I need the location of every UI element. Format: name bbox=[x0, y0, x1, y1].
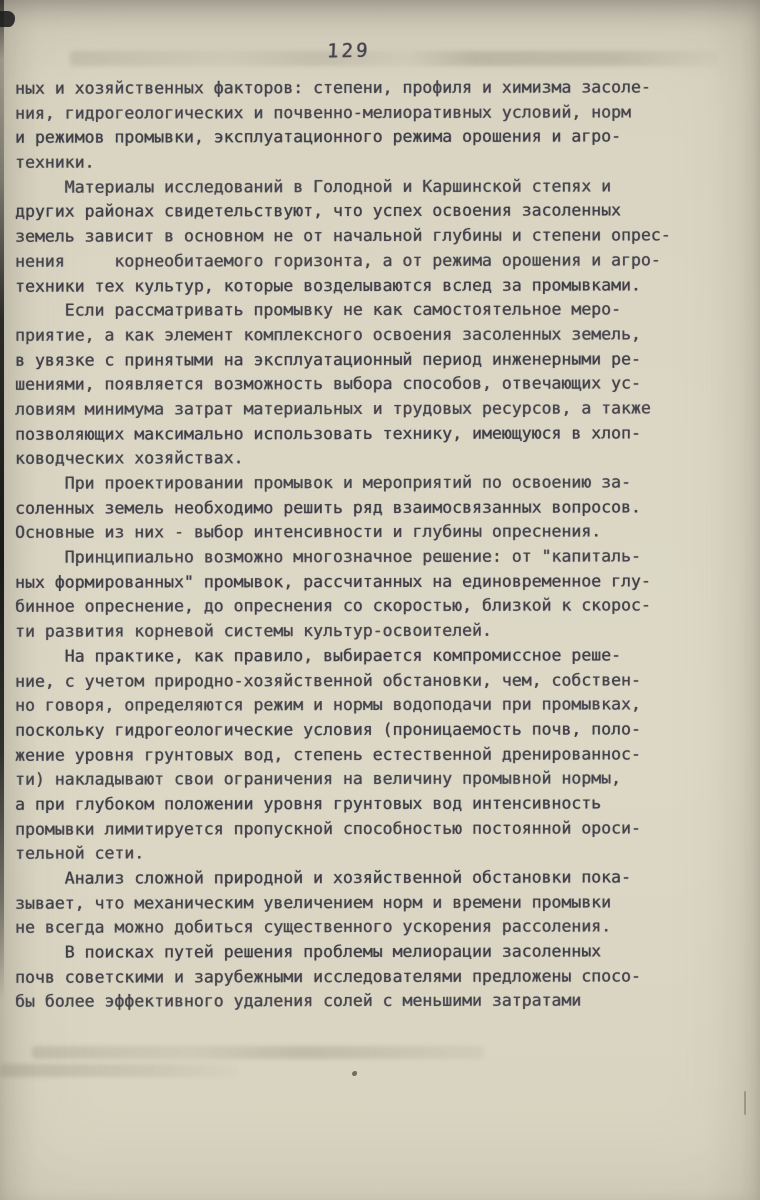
text-line: земель зависит в основном не от начально… bbox=[15, 223, 715, 249]
text-line: ния, гидрогеологических и почвенно-мелио… bbox=[15, 100, 715, 126]
text-line: зывает, что механическим увеличением нор… bbox=[15, 890, 715, 916]
text-line: При проектировании промывок и мероприяти… bbox=[15, 470, 715, 496]
text-line: Если рассматривать промывку не как самос… bbox=[15, 297, 715, 323]
text-line: бинное опреснение, до опреснения со скор… bbox=[15, 594, 715, 620]
text-line: бы более эффективного удаления солей с м… bbox=[15, 989, 715, 1015]
text-line: ководческих хозяйствах. bbox=[15, 446, 715, 472]
text-line: нения корнеобитаемого горизонта, а от ре… bbox=[15, 248, 715, 274]
text-line: шениями, появляется возможность выбора с… bbox=[15, 372, 715, 398]
text-line: техники. bbox=[15, 149, 715, 175]
text-line: позволяющих максимально использовать тех… bbox=[15, 421, 715, 447]
text-line: приятие, а как элемент комплексного осво… bbox=[15, 322, 715, 348]
scanned-document-page: 129 ных и хозяйственных факторов: степен… bbox=[0, 0, 760, 1200]
text-line: поскольку гидрогеологические условия (пр… bbox=[15, 717, 715, 743]
text-line: ние, с учетом природно-хозяйственной обс… bbox=[15, 668, 715, 694]
text-line: почв советскими и зарубежными исследоват… bbox=[15, 964, 715, 990]
text-line: Материалы исследований в Голодной и Карш… bbox=[15, 174, 715, 200]
text-line: Основные из них - выбор интенсивности и … bbox=[15, 520, 715, 546]
text-line: На практике, как правило, выбирается ком… bbox=[15, 643, 715, 669]
text-line: других районах свидетельствуют, что успе… bbox=[15, 199, 715, 225]
text-line: и режимов промывки, эксплуатационного ре… bbox=[15, 125, 715, 151]
text-line: ловиям минимума затрат материальных и тр… bbox=[15, 396, 715, 422]
scan-corner-mark bbox=[0, 11, 15, 27]
text-line: тельной сети. bbox=[15, 841, 715, 867]
text-line: ти развития корневой системы культур-осв… bbox=[15, 618, 715, 644]
text-line: промывки лимитируется пропускной способн… bbox=[15, 816, 715, 842]
text-line: Принципиально возможно многозначное реше… bbox=[15, 544, 715, 570]
text-line: жение уровня грунтовых вод, степень есте… bbox=[15, 742, 715, 768]
ink-speck bbox=[352, 1071, 357, 1076]
text-line: не всегда можно добиться существенного у… bbox=[15, 915, 715, 941]
text-line: в увязке с принятыми на эксплуатационный… bbox=[15, 347, 715, 373]
page-body-text: ных и хозяйственных факторов: степени, п… bbox=[15, 76, 715, 1014]
text-line: Анализ сложной природной и хозяйственной… bbox=[15, 865, 715, 891]
text-line: ных формированных" промывок, рассчитанны… bbox=[15, 569, 715, 595]
text-line: ных и хозяйственных факторов: степени, п… bbox=[15, 75, 715, 101]
ink-bleedthrough-bottom-line2 bbox=[0, 1064, 238, 1077]
scan-edge-shadow-left bbox=[0, 0, 4, 1000]
scan-scratch-mark bbox=[744, 1091, 746, 1115]
page-number: 129 bbox=[326, 40, 371, 63]
text-line: а при глубоком положении уровня грунтовы… bbox=[15, 791, 715, 817]
text-line: соленных земель необходимо решить ряд вз… bbox=[15, 495, 715, 521]
text-line: ти) накладывают свои ограничения на вели… bbox=[15, 767, 715, 793]
text-line: но говоря, определяются режим и нормы во… bbox=[15, 692, 715, 718]
text-line: В поисках путей решения проблемы мелиора… bbox=[15, 939, 715, 965]
text-line: техники тех культур, которые возделывают… bbox=[15, 273, 715, 299]
ink-bleedthrough-bottom-line1 bbox=[32, 1046, 484, 1059]
ink-bleedthrough-top bbox=[70, 51, 718, 66]
